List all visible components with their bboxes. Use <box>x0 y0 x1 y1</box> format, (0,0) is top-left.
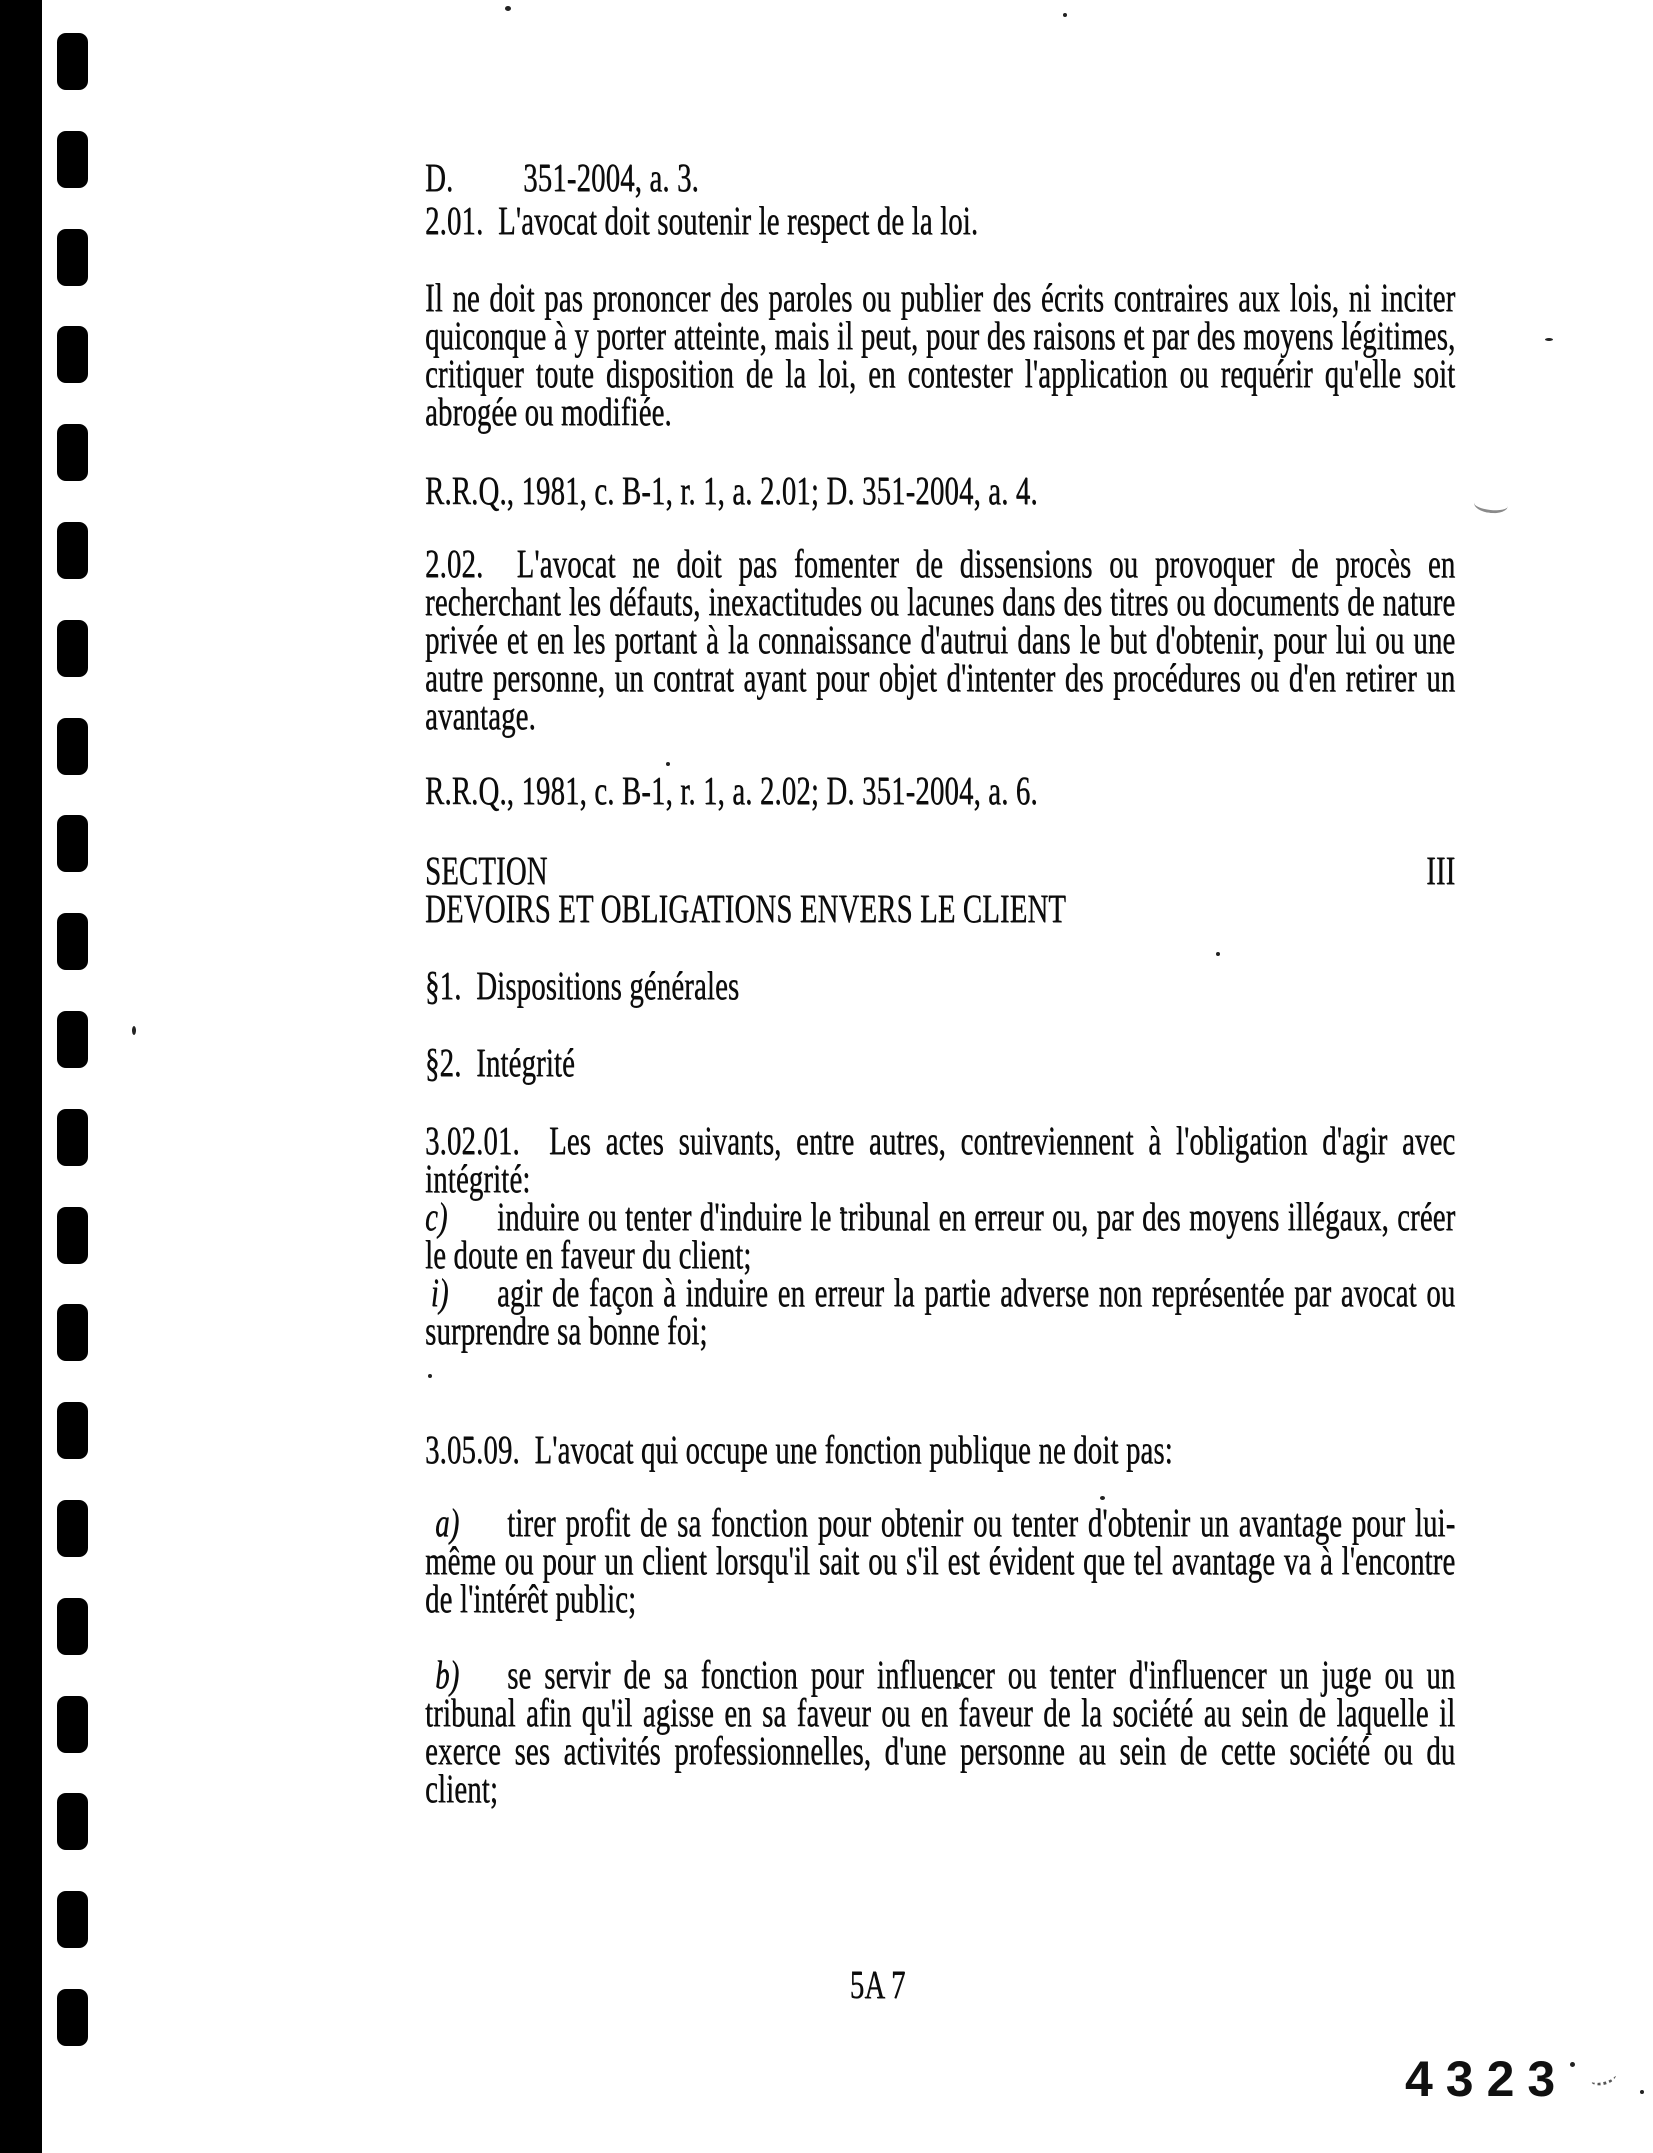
ink-speck <box>132 1026 136 1035</box>
ink-speck <box>1216 952 1220 956</box>
ink-speck <box>1570 2062 1575 2067</box>
ink-speck <box>1100 1496 1105 1500</box>
section-heading-row: SECTION III <box>425 852 1455 890</box>
list-item-b-label-cell: b) <box>425 1656 507 1694</box>
binding-hole <box>57 1011 88 1068</box>
binding-hole <box>57 1500 88 1557</box>
article-2-02: 2.02. L'avocat ne doit pas fomenter de d… <box>425 545 1455 735</box>
ink-speck <box>840 1207 844 1211</box>
amendment-ref-line: D.351-2004, a. 3. <box>425 159 1455 197</box>
list-item-a: a)tirer profit de sa fonction pour obten… <box>425 1504 1455 1618</box>
subsection-2: §2. Intégrité <box>425 1044 1455 1082</box>
pen-squiggle <box>1473 494 1509 514</box>
binding-hole <box>57 620 88 677</box>
page-code: 5A 7 <box>850 1966 906 2004</box>
ink-speck <box>957 1683 961 1687</box>
list-item-b-text: se servir de sa fonction pour influencer… <box>425 1652 1455 1811</box>
ink-speck <box>666 762 670 766</box>
binding-hole <box>57 522 88 579</box>
scanned-document-page: D.351-2004, a. 3. 2.01. L'avocat doit so… <box>0 0 1653 2153</box>
binding-hole <box>57 718 88 775</box>
binding-hole <box>57 229 88 286</box>
binding-hole <box>57 1891 88 1948</box>
list-item-i-text: agir de façon à induire en erreur la par… <box>425 1270 1455 1353</box>
list-item-c-label-cell: c) <box>425 1198 497 1236</box>
list-item-c-text: induire ou tenter d'induire le tribunal … <box>425 1194 1455 1277</box>
binding-hole <box>57 424 88 481</box>
list-item-i-label-cell: i) <box>425 1274 497 1312</box>
section-label: SECTION <box>425 852 548 890</box>
binding-hole <box>57 1402 88 1459</box>
citation-rrq-2-02: R.R.Q., 1981, c. B-1, r. 1, a. 2.02; D. … <box>425 772 1455 810</box>
binding-hole <box>57 1598 88 1655</box>
binding-hole <box>57 1989 88 2046</box>
article-3-02-01: 3.02.01. Les actes suivants, entre autre… <box>425 1122 1455 1198</box>
stamp-number: 4323 <box>1405 2050 1568 2108</box>
list-item-i: i)agir de façon à induire en erreur la p… <box>425 1274 1455 1350</box>
ink-speck <box>505 6 511 11</box>
article-2-01: 2.01. L'avocat doit soutenir le respect … <box>425 202 1455 240</box>
section-title: DEVOIRS ET OBLIGATIONS ENVERS LE CLIENT <box>425 890 1455 928</box>
article-3-05-09: 3.05.09. L'avocat qui occupe une fonctio… <box>425 1431 1455 1469</box>
ink-speck <box>1063 13 1067 17</box>
binding-hole <box>57 1109 88 1166</box>
section-number: III <box>1426 852 1455 890</box>
scanner-edge-strip <box>0 0 42 2153</box>
list-item-b: b)se servir de sa fonction pour influenc… <box>425 1656 1455 1808</box>
ink-speck <box>1545 338 1553 341</box>
binding-hole <box>57 1207 88 1264</box>
pen-squiggle <box>1589 2067 1618 2088</box>
binding-hole <box>57 131 88 188</box>
binding-hole <box>57 913 88 970</box>
binding-hole <box>57 1793 88 1850</box>
binding-hole <box>57 815 88 872</box>
binding-hole <box>57 1304 88 1361</box>
list-item-a-text: tirer profit de sa fonction pour obtenir… <box>425 1500 1455 1621</box>
binding-hole <box>57 326 88 383</box>
subsection-1: §1. Dispositions générales <box>425 967 1455 1005</box>
ink-speck <box>428 1374 432 1378</box>
citation-rrq-2-01: R.R.Q., 1981, c. B-1, r. 1, a. 2.01; D. … <box>425 472 1455 510</box>
list-item-c: c)induire ou tenter d'induire le tribuna… <box>425 1198 1455 1274</box>
binding-hole <box>57 33 88 90</box>
list-item-a-label-cell: a) <box>425 1504 507 1542</box>
binding-hole <box>57 1696 88 1753</box>
paragraph-2-01-body: Il ne doit pas prononcer des paroles ou … <box>425 279 1455 431</box>
ink-speck <box>1640 2090 1644 2094</box>
amendment-text: 351-2004, a. 3. <box>523 155 699 200</box>
amendment-label: D. <box>425 155 453 200</box>
